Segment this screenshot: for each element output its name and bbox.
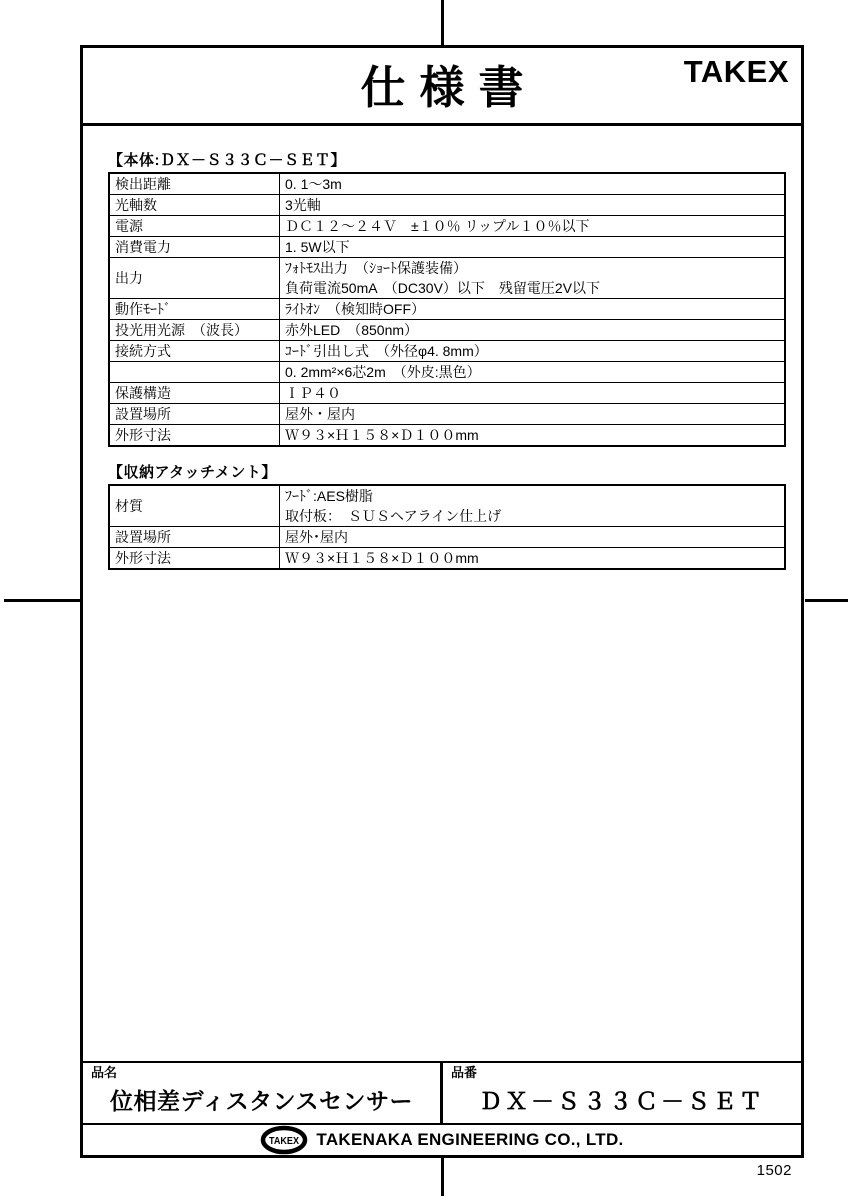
product-name-value: 位相差ディスタンスセンサー bbox=[83, 1076, 440, 1123]
spec-row: 消費電力1. 5W以下 bbox=[109, 237, 785, 258]
spec-label: 動作ﾓｰﾄﾞ bbox=[109, 299, 280, 320]
spec-label: 設置場所 bbox=[109, 404, 280, 425]
spec-row: 設置場所屋外･屋内 bbox=[109, 527, 785, 548]
spec-label: 光軸数 bbox=[109, 195, 280, 216]
spec-table: 検出距離0. 1～3m光軸数3光軸電源ＤＣ１２～２４Ｖ ±１０％ リップル１０％… bbox=[108, 172, 786, 447]
product-number-value: ＤＸ－Ｓ３３Ｃ－ＳＥＴ bbox=[443, 1076, 801, 1123]
spec-row: 投光用光源 （波長）赤外LED （850nm） bbox=[109, 320, 785, 341]
header-band: 仕様書 TAKEX bbox=[83, 48, 801, 126]
spec-label: 出力 bbox=[109, 258, 280, 299]
spec-row: 出力ﾌｫﾄﾓｽ出力 （ｼｮｰﾄ保護装備） 負荷電流50mA （DC30V）以下 … bbox=[109, 258, 785, 299]
spec-row: 動作ﾓｰﾄﾞﾗｲﾄｵﾝ （検知時OFF） bbox=[109, 299, 785, 320]
registration-mark-bottom bbox=[441, 1158, 444, 1196]
product-name-cell: 品名 位相差ディスタンスセンサー bbox=[83, 1063, 443, 1123]
registration-mark-left bbox=[4, 599, 80, 602]
registration-mark-right bbox=[805, 599, 848, 602]
spec-label: 外形寸法 bbox=[109, 425, 280, 447]
takex-oval-logo-label: TAKEX bbox=[269, 1136, 299, 1147]
registration-mark-top bbox=[441, 0, 444, 45]
spec-label: 電源 bbox=[109, 216, 280, 237]
spec-row: 接続方式ｺｰﾄﾞ引出し式 （外径φ4. 8mm） bbox=[109, 341, 785, 362]
spec-value: 赤外LED （850nm） bbox=[280, 320, 786, 341]
product-number-cell: 品番 ＤＸ－Ｓ３３Ｃ－ＳＥＴ bbox=[443, 1063, 801, 1123]
spec-row: 外形寸法Ｗ９３×Ｈ１５８×Ｄ１００mm bbox=[109, 548, 785, 570]
spec-label bbox=[109, 362, 280, 383]
spec-value: 0. 2mm²×6芯2m （外皮:黒色） bbox=[280, 362, 786, 383]
section-heading: 【本体:ＤＸ－Ｓ３３Ｃ－ＳＥＴ】 bbox=[108, 149, 801, 170]
spec-row: 電源ＤＣ１２～２４Ｖ ±１０％ リップル１０％以下 bbox=[109, 216, 785, 237]
spec-content: 【本体:ＤＸ－Ｓ３３Ｃ－ＳＥＴ】検出距離0. 1～3m光軸数3光軸電源ＤＣ１２～… bbox=[83, 126, 801, 570]
spec-row: 検出距離0. 1～3m bbox=[109, 173, 785, 195]
takex-oval-logo-icon: TAKEX bbox=[260, 1125, 308, 1155]
spec-sheet: 仕様書 TAKEX 【本体:ＤＸ－Ｓ３３Ｃ－ＳＥＴ】検出距離0. 1～3m光軸数… bbox=[80, 45, 804, 1158]
spec-label: 投光用光源 （波長） bbox=[109, 320, 280, 341]
spec-table: 材質ﾌｰﾄﾞ:AES樹脂 取付板： ＳＵＳヘアライン仕上げ設置場所屋外･屋内外形… bbox=[108, 484, 786, 570]
spec-value: Ｗ９３×Ｈ１５８×Ｄ１００mm bbox=[280, 548, 786, 570]
spec-label: 外形寸法 bbox=[109, 548, 280, 570]
spec-row: 保護構造ＩＰ４０ bbox=[109, 383, 785, 404]
spec-value: ＩＰ４０ bbox=[280, 383, 786, 404]
sections: 【本体:ＤＸ－Ｓ３３Ｃ－ＳＥＴ】検出距離0. 1～3m光軸数3光軸電源ＤＣ１２～… bbox=[108, 149, 801, 570]
spec-row: 材質ﾌｰﾄﾞ:AES樹脂 取付板： ＳＵＳヘアライン仕上げ bbox=[109, 485, 785, 527]
spec-value: 3光軸 bbox=[280, 195, 786, 216]
spec-value: 1. 5W以下 bbox=[280, 237, 786, 258]
product-row: 品名 位相差ディスタンスセンサー 品番 ＤＸ－Ｓ３３Ｃ－ＳＥＴ bbox=[83, 1061, 801, 1123]
company-band: TAKEX TAKENAKA ENGINEERING CO., LTD. bbox=[83, 1123, 801, 1155]
spec-value: Ｗ９３×Ｈ１５８×Ｄ１００mm bbox=[280, 425, 786, 447]
spec-row: 光軸数3光軸 bbox=[109, 195, 785, 216]
document-title: 仕様書 bbox=[346, 65, 537, 110]
spec-label: 接続方式 bbox=[109, 341, 280, 362]
spec-value: 0. 1～3m bbox=[280, 173, 786, 195]
page-number: 1502 bbox=[757, 1162, 792, 1179]
spec-label: 消費電力 bbox=[109, 237, 280, 258]
bottom-block: 品名 位相差ディスタンスセンサー 品番 ＤＸ－Ｓ３３Ｃ－ＳＥＴ TAKEX TA… bbox=[83, 1061, 801, 1155]
spec-value: ﾌｫﾄﾓｽ出力 （ｼｮｰﾄ保護装備） 負荷電流50mA （DC30V）以下 残留… bbox=[280, 258, 786, 299]
company-name: TAKENAKA ENGINEERING CO., LTD. bbox=[316, 1130, 623, 1150]
spec-row: 0. 2mm²×6芯2m （外皮:黒色） bbox=[109, 362, 785, 383]
spec-row: 外形寸法Ｗ９３×Ｈ１５８×Ｄ１００mm bbox=[109, 425, 785, 447]
brand-logo-text: TAKEX bbox=[684, 54, 789, 90]
spec-label: 保護構造 bbox=[109, 383, 280, 404]
section-heading: 【収納アタッチメント】 bbox=[108, 461, 801, 482]
spec-value: ﾗｲﾄｵﾝ （検知時OFF） bbox=[280, 299, 786, 320]
spec-value: 屋外･屋内 bbox=[280, 527, 786, 548]
spec-value: ﾌｰﾄﾞ:AES樹脂 取付板： ＳＵＳヘアライン仕上げ bbox=[280, 485, 786, 527]
spec-label: 材質 bbox=[109, 485, 280, 527]
spec-row: 設置場所屋外・屋内 bbox=[109, 404, 785, 425]
spec-value: 屋外・屋内 bbox=[280, 404, 786, 425]
spec-label: 検出距離 bbox=[109, 173, 280, 195]
spec-value: ＤＣ１２～２４Ｖ ±１０％ リップル１０％以下 bbox=[280, 216, 786, 237]
spec-label: 設置場所 bbox=[109, 527, 280, 548]
spec-value: ｺｰﾄﾞ引出し式 （外径φ4. 8mm） bbox=[280, 341, 786, 362]
